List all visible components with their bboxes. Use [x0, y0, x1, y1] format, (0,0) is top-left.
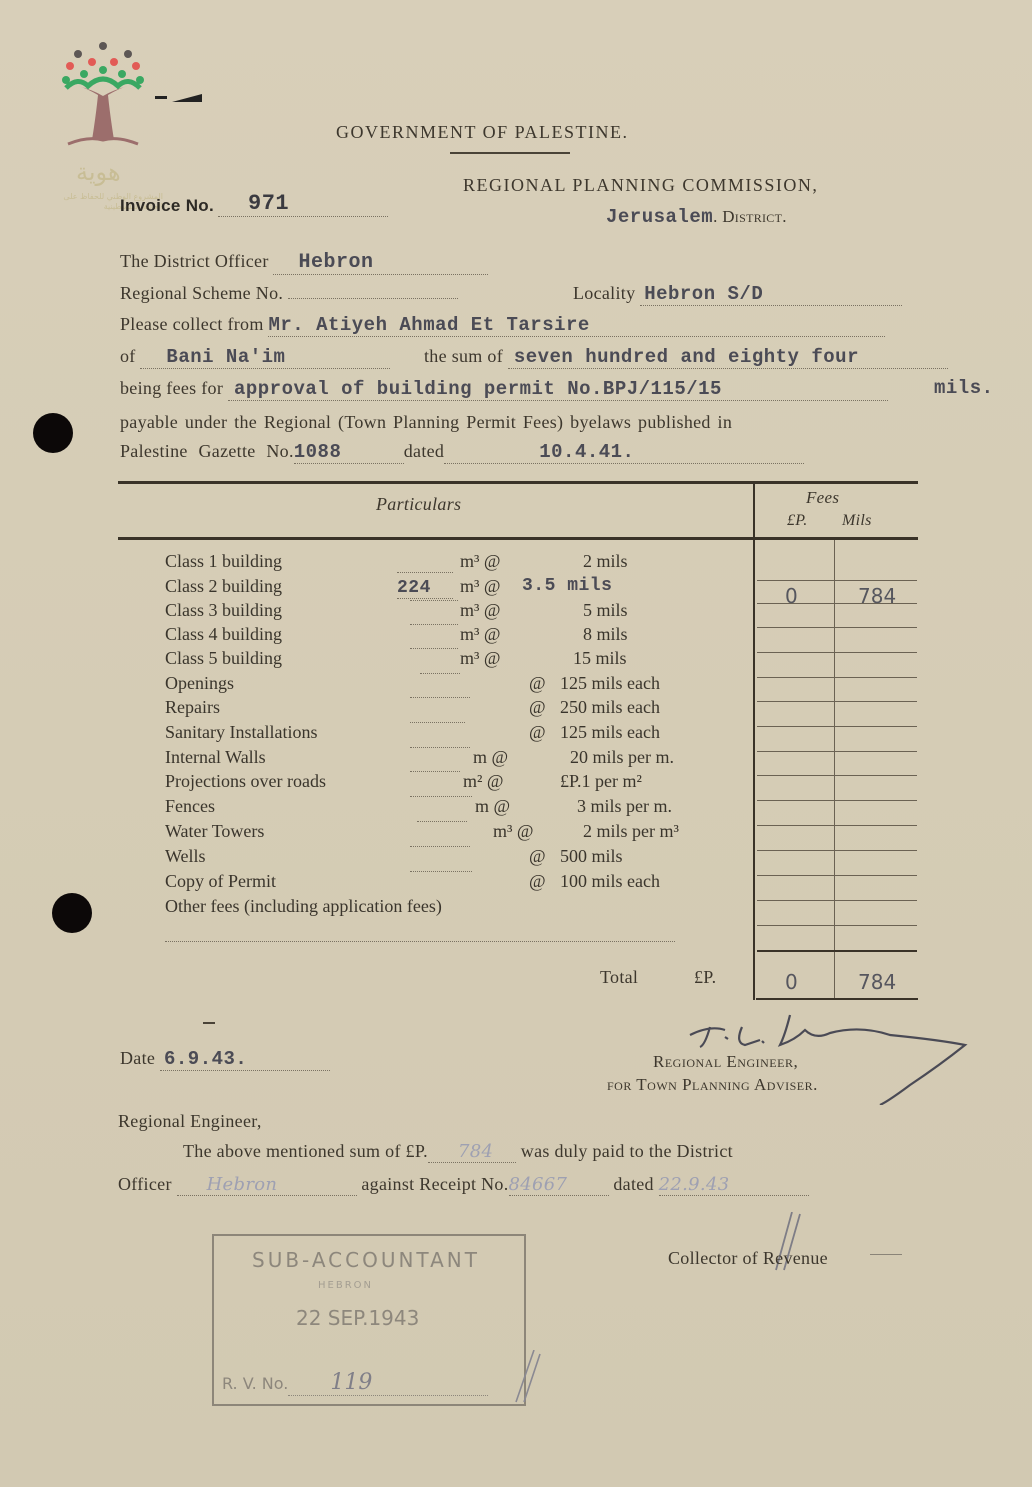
total-currency: £P. — [694, 967, 716, 988]
ink-mark — [172, 94, 202, 102]
town-planning-adviser-title: for Town Planning Adviser. — [607, 1075, 818, 1095]
gazette-field: Palestine Gazette No.1088dated10.4.41. — [120, 441, 804, 464]
date-field: Date 6.9.43. — [120, 1048, 330, 1071]
regional-scheme-field: Regional Scheme No. — [120, 283, 458, 304]
fees-header: Fees — [806, 488, 839, 508]
lp-header: £P. — [787, 512, 808, 530]
being-fees-field: being fees for approval of building perm… — [120, 378, 888, 401]
particulars-header: Particulars — [376, 494, 461, 515]
punch-hole — [52, 893, 92, 933]
sum-field: the sum of seven hundred and eighty four — [424, 346, 948, 369]
mils-header: Mils — [842, 512, 872, 530]
collector-of-revenue: Collector of Revenue — [668, 1248, 828, 1269]
locality-field: Locality Hebron S/D — [573, 283, 902, 306]
receipt-sentence: The above mentioned sum of £P.784 was du… — [183, 1141, 733, 1163]
of-field: of Bani Na'im — [120, 346, 390, 369]
total-mils-value: 784 — [858, 970, 896, 994]
of-value: Bani Na'im — [166, 346, 285, 368]
invoice-document: هوية المشروع الوطني للحفاظ على العائلة ا… — [0, 0, 1032, 1487]
class2-rate: 3.5 mils — [522, 576, 612, 596]
payable-text: payable under the Regional (Town Plannin… — [120, 412, 732, 433]
commission-heading: REGIONAL PLANNING COMMISSION, — [463, 175, 818, 196]
total-bottom-rule — [756, 998, 918, 1000]
tree-people-icon — [58, 40, 148, 155]
being-fees-value: approval of building permit No.BPJ/115/1… — [234, 378, 722, 400]
stamp-initial-icon — [512, 1350, 542, 1405]
receipt-date-value: 22.9.43 — [659, 1174, 730, 1195]
paid-sum-value: 784 — [458, 1141, 493, 1162]
fee-lp-value: 0 — [785, 584, 798, 608]
fees-divider — [834, 540, 835, 1000]
locality-value: Hebron S/D — [644, 283, 763, 305]
invoice-label: Invoice No. — [120, 196, 214, 215]
government-heading: GOVERNMENT OF PALESTINE. — [336, 122, 629, 143]
total-label: Total — [600, 967, 638, 988]
sum-value: seven hundred and eighty four — [514, 346, 859, 368]
district-officer-field: The District Officer Hebron — [120, 251, 488, 275]
fee-mils-value: 784 — [858, 584, 896, 608]
mils-label: mils. — [934, 377, 994, 399]
receipt-officer-line: Officer Hebron against Receipt No.84667 … — [118, 1174, 809, 1196]
district-label: . District. — [713, 207, 787, 226]
table-divider — [753, 483, 755, 1000]
invoice-number-line: Invoice No. 971 — [120, 193, 388, 219]
punch-hole — [33, 413, 73, 453]
officer-value: Hebron — [207, 1174, 278, 1195]
class2-quantity: 224 — [397, 578, 453, 598]
collect-from-value: Mr. Atiyeh Ahmad Et Tarsire — [268, 314, 589, 336]
stamp-rv-value: 119 — [330, 1370, 372, 1395]
logo-wordmark: هوية — [76, 158, 121, 186]
ink-mark — [155, 96, 167, 99]
collect-from-field: Please collect from Mr. Atiyeh Ahmad Et … — [120, 314, 885, 337]
stamp-date: 22 SEP.1943 — [296, 1306, 419, 1330]
stamp-rv-line: R. V. No.119 — [222, 1370, 488, 1396]
receipt-number-value: 84667 — [509, 1174, 568, 1195]
total-lp-value: 0 — [785, 970, 798, 994]
other-fees-line — [165, 941, 675, 942]
district-officer-value: Hebron — [298, 251, 373, 274]
hawiya-logo: هوية المشروع الوطني للحفاظ على العائلة ا… — [58, 40, 148, 210]
date-value: 6.9.43. — [164, 1048, 247, 1070]
district-value: Jerusalem — [606, 206, 713, 228]
table-top-rule — [118, 481, 918, 484]
district-line: Jerusalem. District. — [606, 206, 787, 228]
gazette-value: 1088 — [294, 441, 342, 463]
stamp-title: SUB-ACCOUNTANT — [252, 1248, 480, 1272]
heading-rule — [450, 152, 570, 154]
regional-scheme-value — [288, 298, 458, 299]
stamp-location: HEBRON — [318, 1280, 373, 1291]
invoice-number: 971 — [248, 191, 289, 216]
table-header-rule — [118, 537, 918, 540]
gazette-date-value: 10.4.41. — [539, 441, 634, 463]
regional-engineer-title: Regional Engineer, — [653, 1052, 798, 1072]
receipt-addressee: Regional Engineer, — [118, 1111, 262, 1132]
